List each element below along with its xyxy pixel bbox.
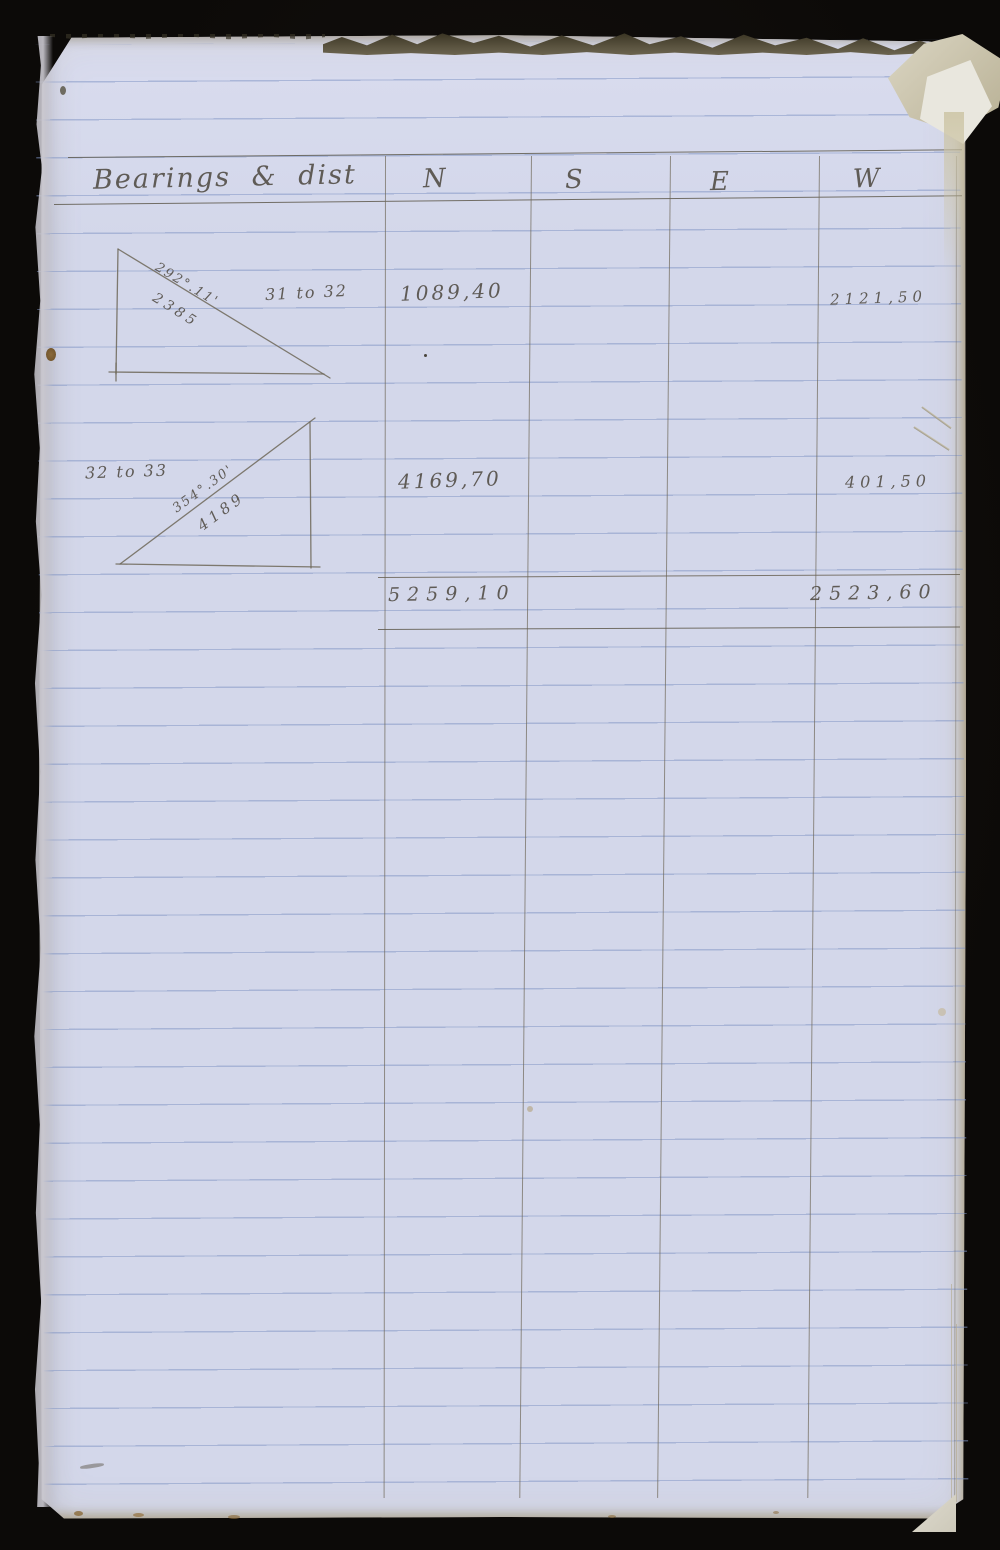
value-w-entry-1: 2121,50 — [830, 287, 928, 308]
table-title: Bearings & dist — [93, 159, 357, 196]
stain-dot-bottom-1 — [74, 1511, 83, 1516]
value-w-entry-2: 401,50 — [845, 471, 931, 491]
station-label-2: 32 to 33 — [85, 461, 169, 483]
column-header-west: W — [852, 164, 880, 195]
stain-spot-left — [46, 348, 56, 361]
scanned-ledger-screenshot: Bearings & dist N S E W 292°.11' 2385 31… — [0, 0, 1000, 1550]
right-edge-discoloration — [944, 112, 964, 272]
value-n-entry-2: 4169,70 — [398, 466, 502, 494]
under-page-edge-2 — [956, 1324, 957, 1502]
stain-dot-mid-2 — [938, 1008, 946, 1016]
notebook-page: Bearings & dist N S E W 292°.11' 2385 31… — [38, 34, 966, 1520]
ink-dot — [424, 354, 427, 357]
stain-dot-mid-1 — [527, 1106, 533, 1112]
total-n-value: 5259,10 — [388, 582, 516, 606]
under-page-edge-1 — [951, 1284, 952, 1500]
column-header-north: N — [422, 164, 446, 195]
left-deckle-edge — [31, 36, 53, 1507]
column-header-south: S — [564, 165, 583, 196]
value-n-entry-1: 1089,40 — [400, 278, 504, 306]
stain-spot-top-left — [60, 86, 66, 95]
column-header-east: E — [710, 167, 730, 197]
total-w-value: 2523,60 — [810, 581, 938, 605]
stain-dot-bottom-2 — [133, 1513, 144, 1517]
stain-dot-bottom-3 — [228, 1515, 240, 1519]
triangle-sketch-2 — [112, 412, 324, 572]
stain-dot-bottom-5 — [773, 1511, 779, 1514]
triangle-sketch-1 — [106, 242, 336, 384]
stain-dot-bottom-4 — [608, 1515, 616, 1518]
